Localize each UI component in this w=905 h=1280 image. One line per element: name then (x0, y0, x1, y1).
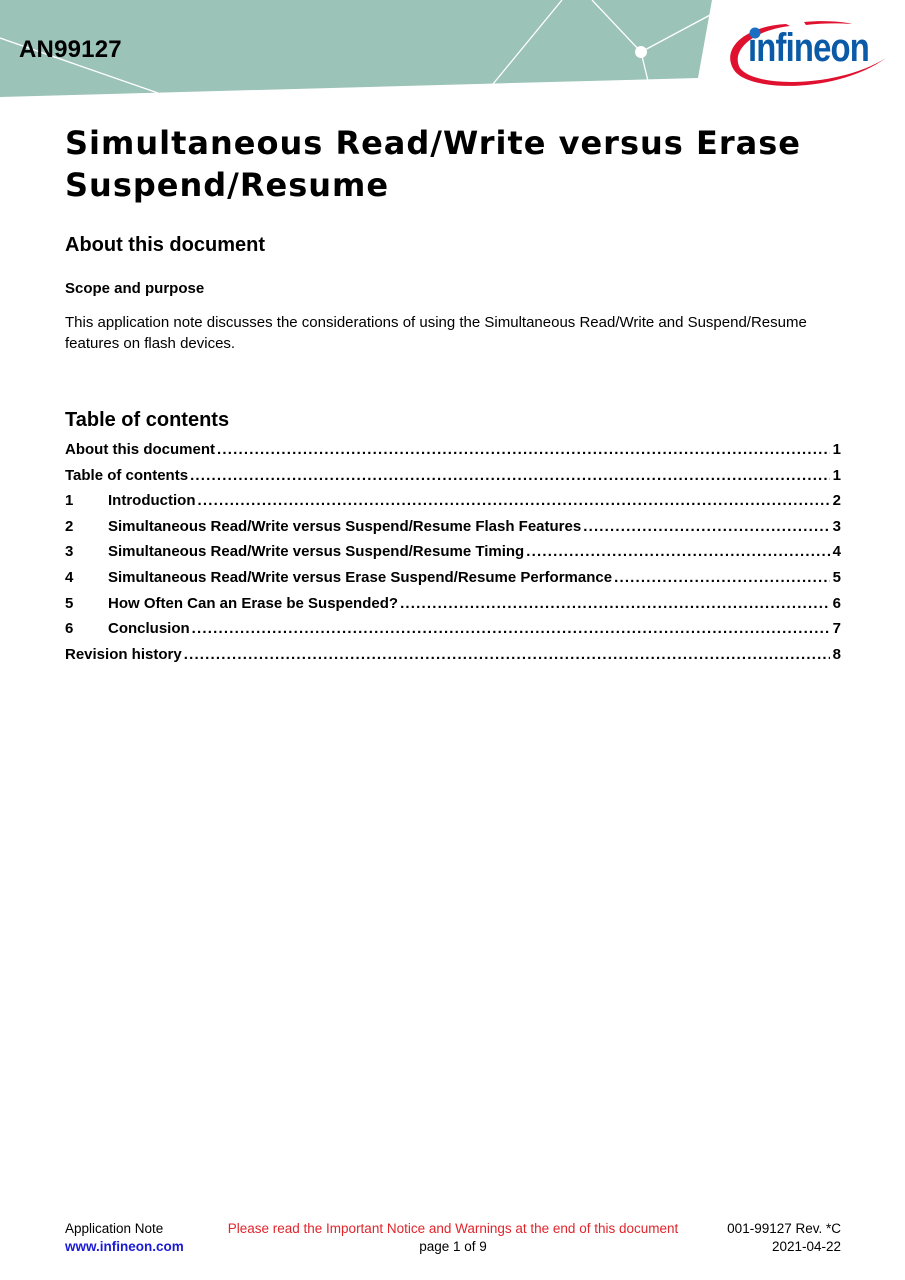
toc-entry[interactable]: Revision history8 (65, 646, 841, 672)
toc-entry-label[interactable]: Simultaneous Read/Write versus Erase Sus… (108, 569, 612, 586)
toc-entry-number: 5 (65, 595, 108, 612)
toc-dot-leader (583, 518, 829, 535)
toc-entry[interactable]: 6Conclusion7 (65, 620, 841, 646)
toc-entry-label[interactable]: Conclusion (108, 620, 190, 637)
toc-dot-leader (526, 543, 829, 560)
toc-entry-page[interactable]: 4 (833, 543, 841, 560)
about-heading: About this document (65, 234, 265, 257)
toc-entry-page[interactable]: 1 (833, 467, 841, 484)
toc-entry-label[interactable]: How Often Can an Erase be Suspended? (108, 595, 398, 612)
scope-text: This application note discusses the cons… (65, 312, 845, 354)
page-number: page 1 of 9 (65, 1238, 841, 1256)
toc-entry[interactable]: 4Simultaneous Read/Write versus Erase Su… (65, 569, 841, 595)
toc-entry-page[interactable]: 1 (833, 441, 841, 458)
logo-dot-icon (726, 18, 888, 92)
toc-entry-page[interactable]: 7 (833, 620, 841, 637)
document-id: AN99127 (19, 36, 122, 64)
toc-dot-leader (614, 569, 830, 586)
toc-entry-number: 2 (65, 518, 108, 535)
doc-date: 2021-04-22 (727, 1238, 841, 1256)
toc-heading: Table of contents (65, 409, 229, 432)
toc-entry-page[interactable]: 2 (833, 492, 841, 509)
toc-entry-page[interactable]: 8 (833, 646, 841, 663)
toc-dot-leader (192, 620, 830, 637)
toc-dot-leader (190, 467, 830, 484)
toc-entry-page[interactable]: 3 (833, 518, 841, 535)
toc-entry-label[interactable]: Table of contents (65, 467, 188, 484)
doc-number: 001-99127 Rev. *C (727, 1220, 841, 1238)
toc-entry[interactable]: About this document1 (65, 441, 841, 467)
toc-entry-label[interactable]: Simultaneous Read/Write versus Suspend/R… (108, 543, 524, 560)
toc-entry[interactable]: 5How Often Can an Erase be Suspended?6 (65, 595, 841, 621)
infineon-logo: infineon (726, 18, 888, 92)
header-banner: AN99127 infineon (0, 0, 905, 110)
toc-entry[interactable]: 1Introduction2 (65, 492, 841, 518)
toc-entry-number: 3 (65, 543, 108, 560)
toc-entry-label[interactable]: About this document (65, 441, 215, 458)
toc-entry-number: 4 (65, 569, 108, 586)
toc-entry[interactable]: 3Simultaneous Read/Write versus Suspend/… (65, 543, 841, 569)
table-of-contents: About this document1Table of contents11I… (65, 441, 841, 671)
toc-dot-leader (197, 492, 829, 509)
important-notice: Please read the Important Notice and War… (65, 1220, 841, 1238)
toc-dot-leader (400, 595, 830, 612)
toc-entry-label[interactable]: Revision history (65, 646, 182, 663)
toc-entry-page[interactable]: 6 (833, 595, 841, 612)
toc-dot-leader (184, 646, 830, 663)
toc-entry-number: 1 (65, 492, 108, 509)
toc-entry[interactable]: 2Simultaneous Read/Write versus Suspend/… (65, 518, 841, 544)
document-title: Simultaneous Read/Write versus Erase Sus… (65, 122, 825, 206)
toc-entry-page[interactable]: 5 (833, 569, 841, 586)
toc-entry-number: 6 (65, 620, 108, 637)
page-footer: Application Note www.infineon.com Please… (65, 1220, 841, 1260)
scope-heading: Scope and purpose (65, 280, 204, 297)
toc-entry[interactable]: Table of contents1 (65, 467, 841, 493)
toc-dot-leader (217, 441, 830, 458)
toc-entry-label[interactable]: Introduction (108, 492, 195, 509)
toc-entry-label[interactable]: Simultaneous Read/Write versus Suspend/R… (108, 518, 581, 535)
